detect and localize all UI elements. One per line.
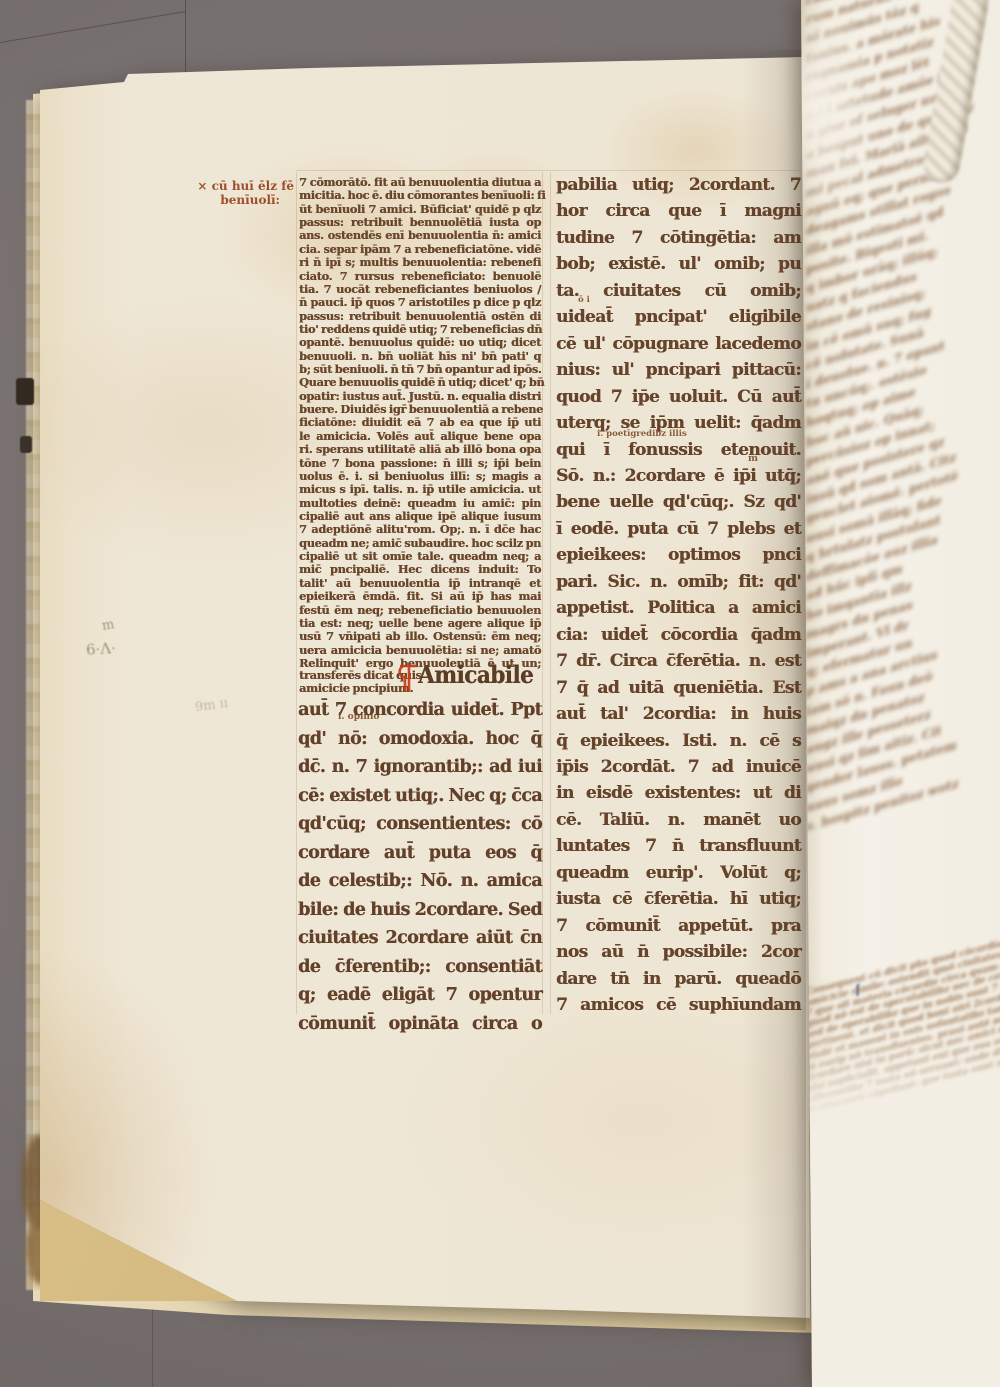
manuscript-photo: { "document": { "margin_note": { "lines"… bbox=[0, 0, 1000, 1387]
facing-page-wrap: cām curall qd illorum naturali ē supni n… bbox=[0, 0, 1000, 1387]
facing-lower-blank bbox=[796, 1020, 1000, 1387]
facing-page: cām curall qd illorum naturali ē supni n… bbox=[0, 0, 1000, 1387]
facing-highlight bbox=[796, 0, 886, 260]
